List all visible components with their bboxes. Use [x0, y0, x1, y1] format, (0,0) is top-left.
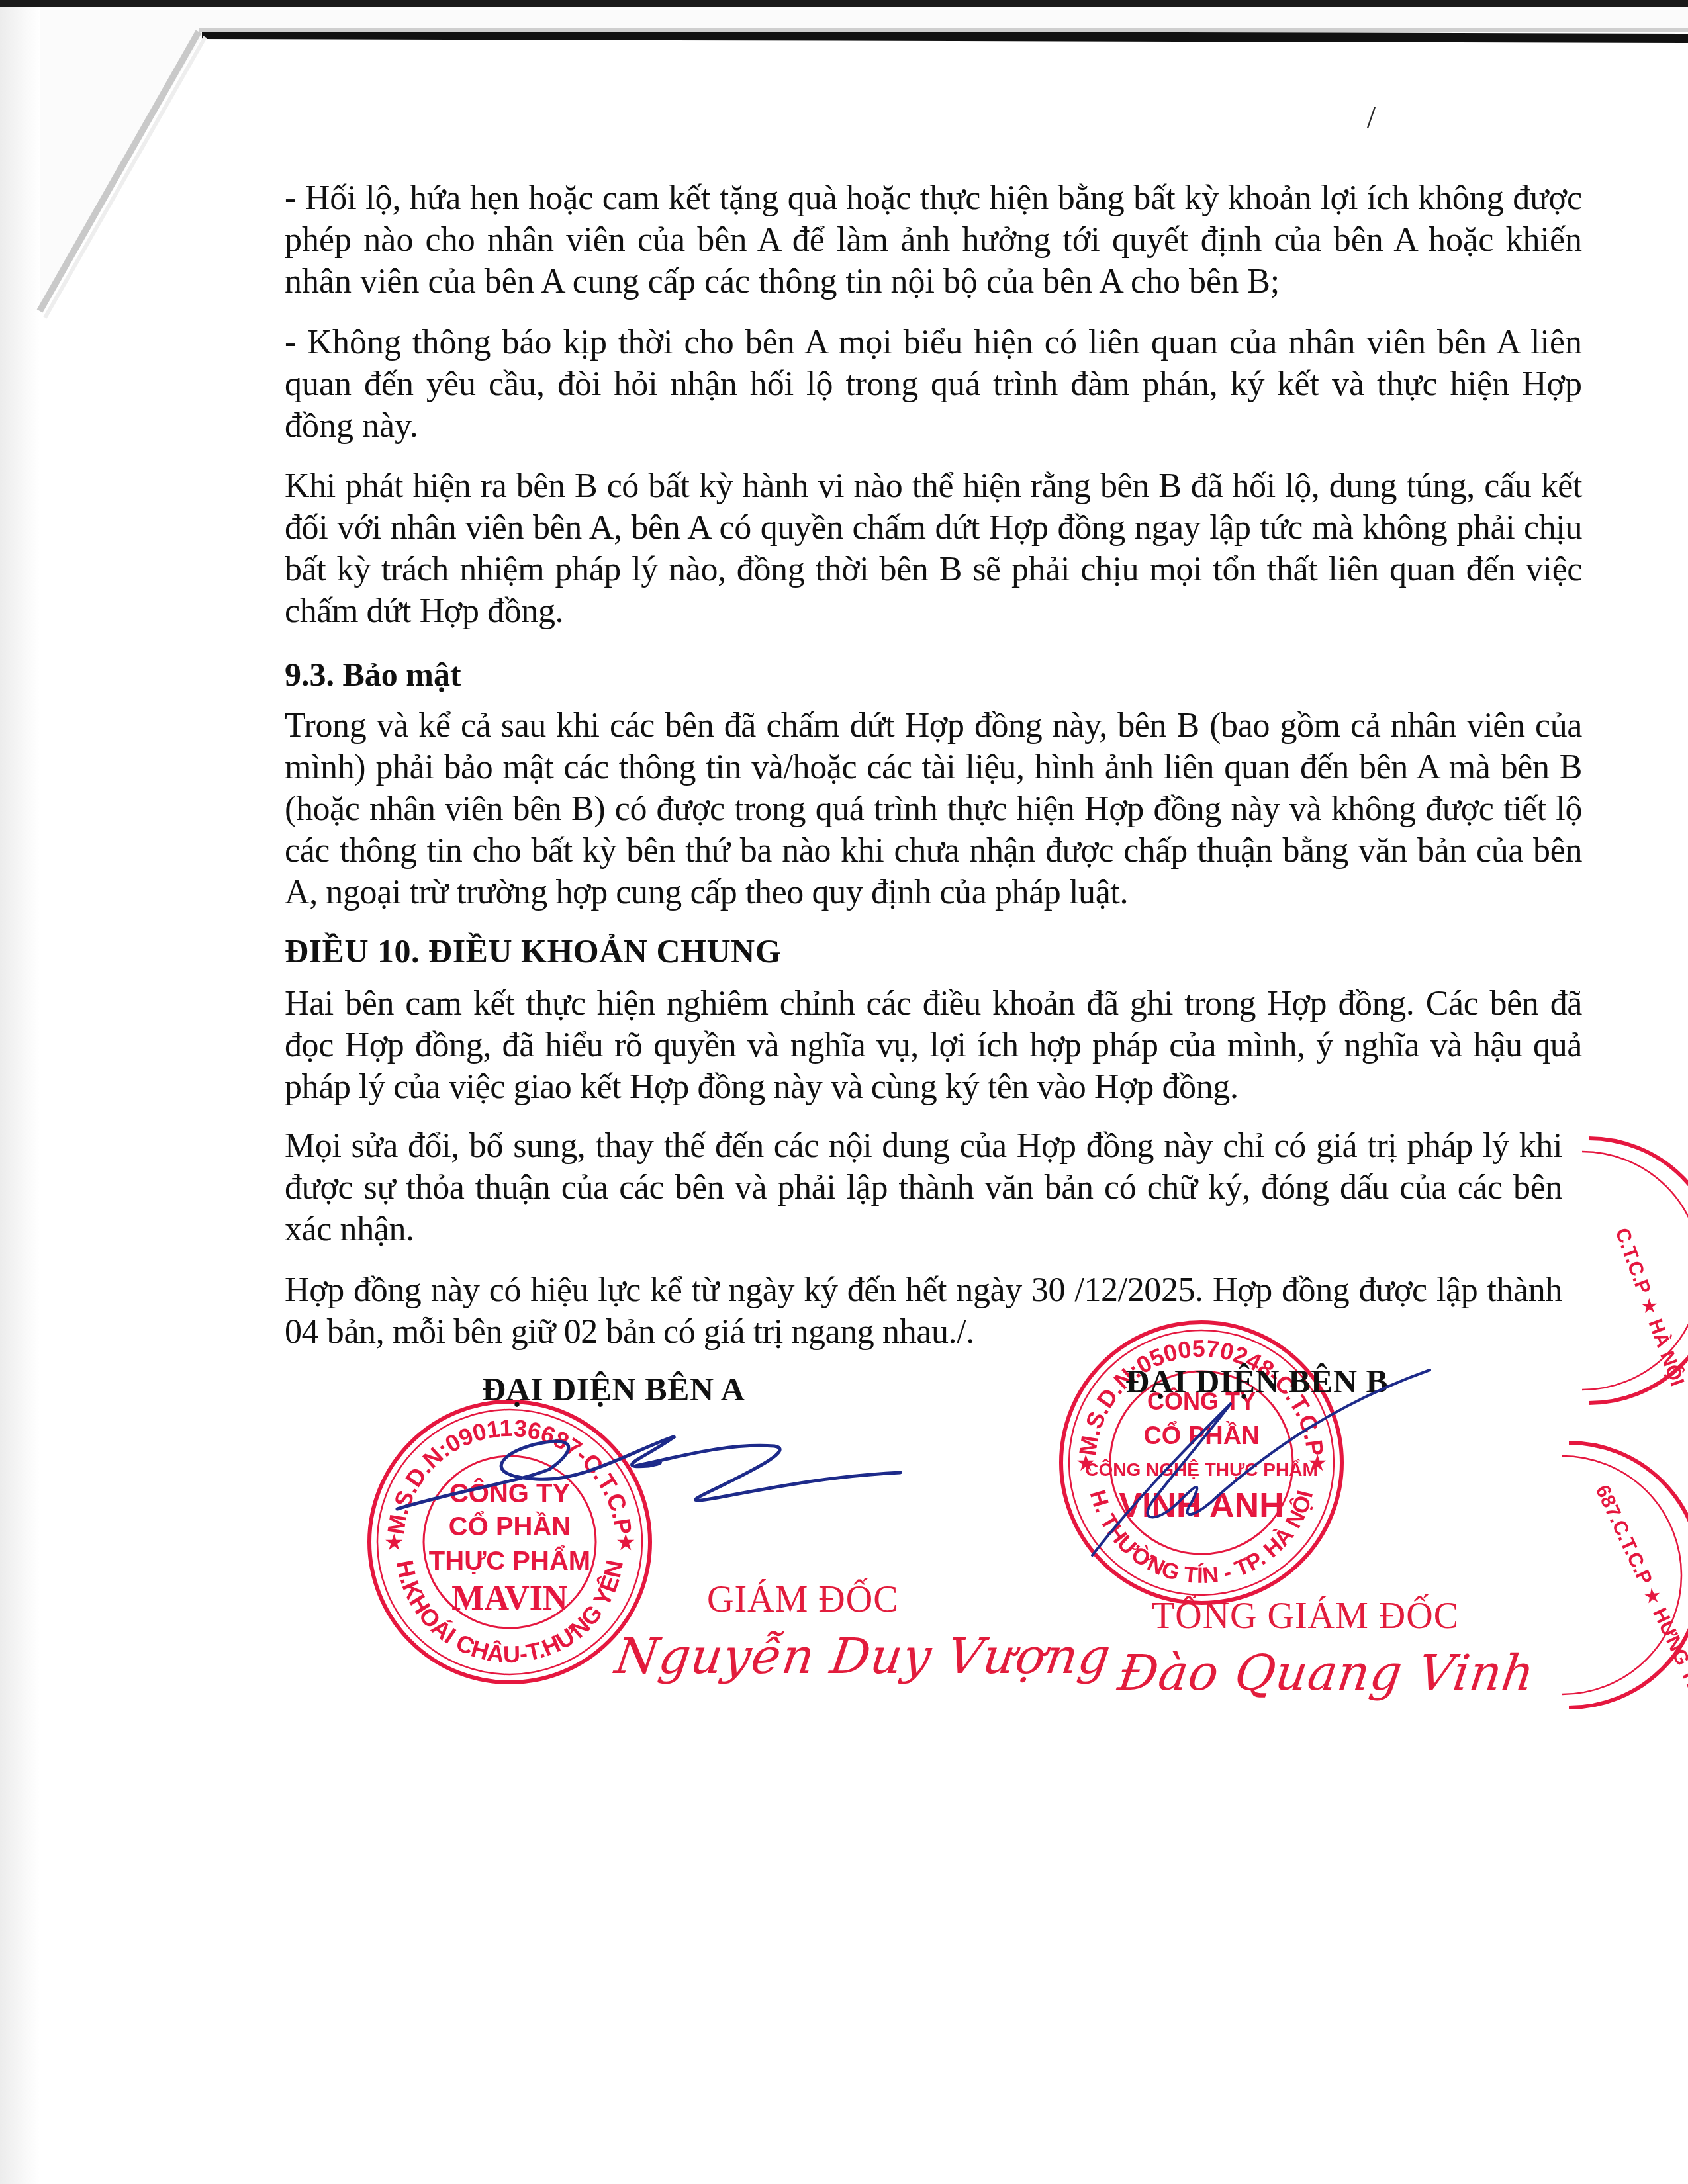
party-b-company-stamp: M.S.D.N:0500570248-C.T.C.P H. THƯỜNG TÍN…: [1056, 1317, 1347, 1608]
party-a-role: GIÁM ĐỐC: [707, 1578, 899, 1621]
article-10-paragraph-2: Mọi sửa đổi, bổ sung, thay thế đến các n…: [285, 1125, 1562, 1250]
party-a-name: Nguyễn Duy Vượng: [612, 1628, 1114, 1685]
article-10-heading: ĐIỀU 10. ĐIỀU KHOẢN CHUNG: [285, 932, 781, 970]
bribery-bullet-1: - Hối lộ, hứa hẹn hoặc cam kết tặng quà …: [285, 177, 1582, 302]
edge-stamp-lower-text: 687.C.T.C.P ★ HƯNG YÊN: [1591, 1482, 1688, 1711]
article-10-paragraph-3: Hợp đồng này có hiệu lực kể từ ngày ký đ…: [285, 1269, 1562, 1353]
party-b-stamp-line2: CỔ PHẦN: [1143, 1420, 1259, 1450]
termination-paragraph: Khi phát hiện ra bên B có bất kỳ hành vi…: [285, 465, 1582, 632]
party-a-title: ĐẠI DIỆN BÊN A: [482, 1370, 745, 1408]
scanned-contract-page: / - Hối lộ, hứa hẹn hoặc cam kết tặng qu…: [0, 0, 1688, 2184]
party-a-stamp-line2: CỔ PHẦN: [449, 1510, 571, 1541]
star-icon: ★: [384, 1530, 404, 1555]
section-9-3-heading: 9.3. Bảo mật: [285, 655, 461, 694]
edge-stamp-upper-text: C.T.C.P ★ HÀ NỘI: [1611, 1225, 1688, 1389]
party-a-company-stamp: M.S.D.N:0901136687-C.T.C.P H.KHOÁI CHÂU-…: [364, 1396, 655, 1688]
bribery-bullet-2: - Không thông báo kịp thời cho bên A mọi…: [285, 322, 1582, 447]
party-b-name: Đào Quang Vinh: [1115, 1645, 1538, 1702]
party-b-stamp-line3: CÔNG NGHỆ THỰC PHẨM: [1085, 1459, 1317, 1480]
stray-pen-mark: /: [1367, 99, 1376, 136]
section-9-3-body: Trong và kể cả sau khi các bên đã chấm d…: [285, 705, 1582, 913]
party-a-stamp-line3: THỰC PHẨM: [429, 1545, 590, 1576]
party-b-stamp-line4: VINH ANH: [1119, 1486, 1284, 1525]
party-a-stamp-line4: MAVIN: [451, 1580, 567, 1617]
edge-stamp-upper-fragment: C.T.C.P ★ HÀ NỘI: [1575, 1132, 1688, 1410]
article-10-paragraph-1: Hai bên cam kết thực hiện nghiêm chỉnh c…: [285, 983, 1582, 1108]
party-b-title: ĐẠI DIỆN BÊN B: [1125, 1362, 1388, 1400]
edge-stamp-lower-fragment: 687.C.T.C.P ★ HƯNG YÊN: [1556, 1436, 1688, 1714]
party-a-stamp-line1: CÔNG TY: [449, 1478, 571, 1508]
scanner-left-edge: [0, 7, 40, 2184]
star-icon: ★: [616, 1530, 635, 1555]
party-b-role: TỔNG GIÁM ĐỐC: [1152, 1595, 1459, 1637]
